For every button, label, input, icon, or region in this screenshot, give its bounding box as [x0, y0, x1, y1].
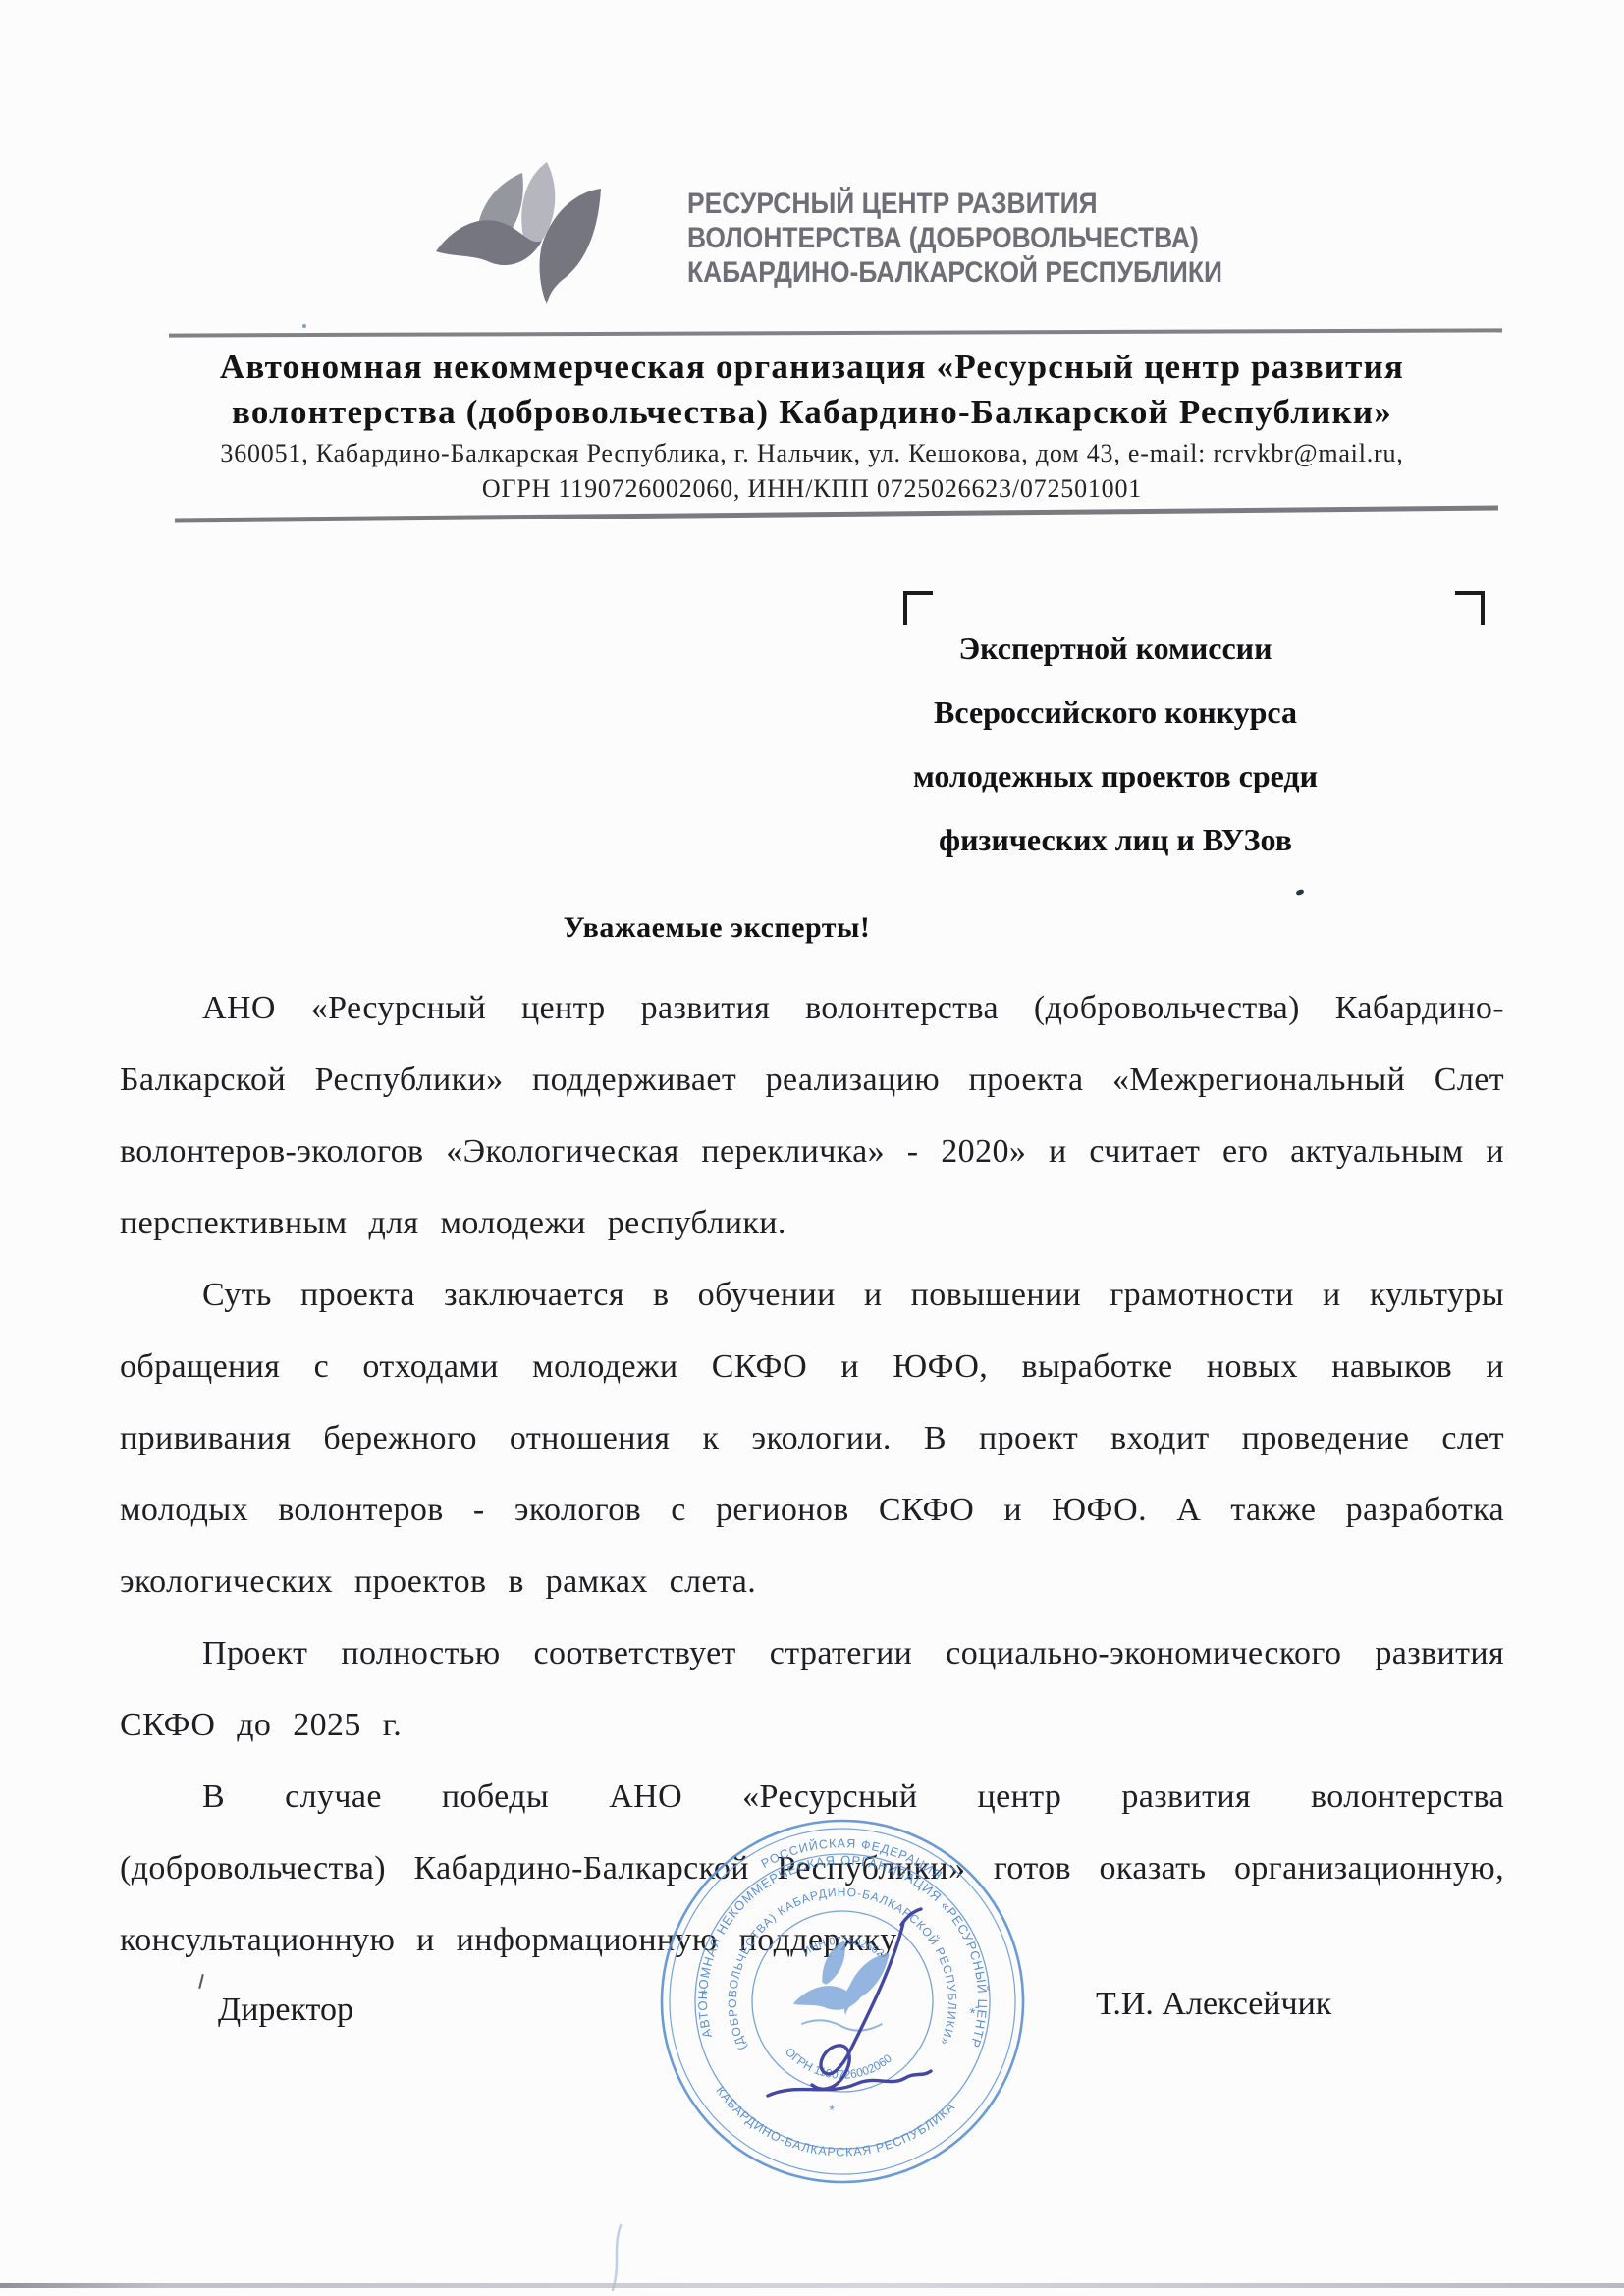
logo-wordmark-line: КАБАРДИНО-БАЛКАРСКОЙ РЕСПУБЛИКИ [687, 255, 1222, 290]
logo-leaves-icon [430, 155, 617, 322]
body-paragraph: АНО «Ресурсный центр развития волонтерст… [120, 972, 1504, 1259]
org-name-line: волонтерства (добровольчества) Кабардино… [118, 390, 1506, 435]
body-paragraph: Суть проекта заключается в обучении и по… [120, 1259, 1504, 1617]
letter-page: РЕСУРСНЫЙ ЦЕНТР РАЗВИТИЯ ВОЛОНТЕРСТВА (Д… [0, 0, 1624, 2296]
org-address: 360051, Кабардино-Балкарская Республика,… [118, 436, 1506, 507]
recipient-block: Экспертной комиссии Всероссийского конку… [860, 617, 1371, 872]
header-rule-bottom [175, 506, 1498, 523]
org-address-line: ОГРН 1190726002060, ИНН/КПП 0725026623/0… [118, 471, 1506, 507]
page-bottom-shadow [0, 2283, 1624, 2288]
salutation: Уважаемые эксперты! [108, 911, 1326, 945]
signoff-role: Директор [218, 1992, 353, 2029]
org-name: Автономная некоммерческая организация «Р… [118, 345, 1506, 435]
org-name-line: Автономная некоммерческая организация «Р… [118, 345, 1506, 390]
logo-wordmark: РЕСУРСНЫЙ ЦЕНТР РАЗВИТИЯ ВОЛОНТЕРСТВА (Д… [687, 187, 1222, 290]
recipient-line: Всероссийского конкурса [860, 681, 1371, 744]
scan-artifact [302, 324, 306, 328]
crop-mark-right [1455, 591, 1485, 625]
header-rule-top [169, 328, 1502, 337]
logo-wordmark-line: РЕСУРСНЫЙ ЦЕНТР РАЗВИТИЯ [687, 187, 1222, 221]
logo-wordmark-line: ВОЛОНТЕРСТВА (ДОБРОВОЛЬЧЕСТВА) [687, 221, 1222, 255]
recipient-line: Экспертной комиссии [860, 617, 1371, 681]
recipient-line: молодежных проектов среди [860, 744, 1371, 808]
recipient-line: физических лиц и ВУЗов [860, 808, 1371, 872]
scan-artifact [1295, 889, 1304, 896]
signoff-name: Т.И. Алексейчик [1096, 1986, 1331, 2023]
signature-autograph [756, 1903, 952, 2129]
scan-artifact [198, 1974, 204, 1989]
body-paragraph: Проект полностью соответствует стратегии… [120, 1617, 1504, 1761]
org-address-line: 360051, Кабардино-Балкарская Республика,… [118, 436, 1506, 471]
